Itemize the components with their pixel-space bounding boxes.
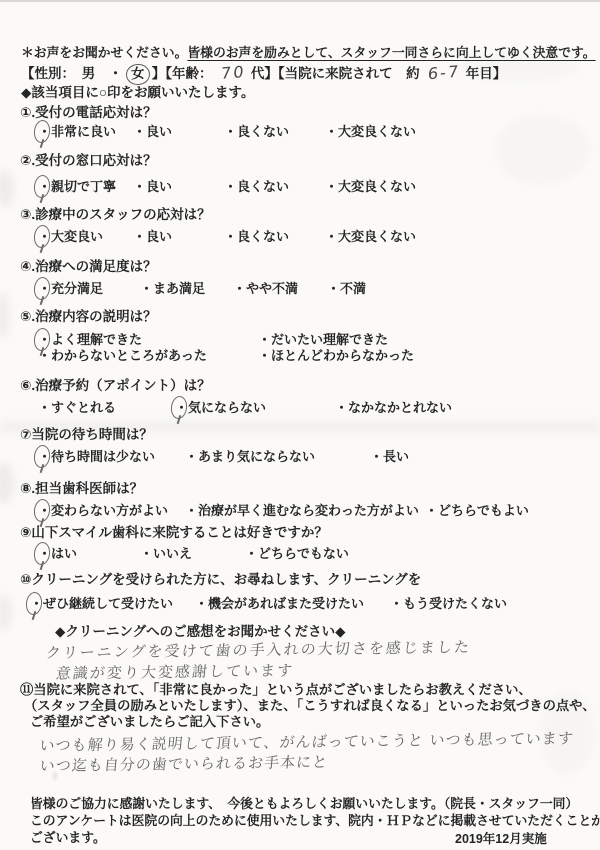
option-bullet: ・ — [245, 546, 258, 562]
option-item: ・良くない — [224, 124, 325, 140]
options-row: ・よく理解できた・だいたい理解できた — [38, 332, 592, 348]
question-title: ⑧.担当歯科医師は？ — [20, 480, 592, 498]
option-label: よく理解できた — [51, 332, 142, 347]
question-block: ⑧.担当歯科医師は？・変わらない方がよい・治療が早く進むなら変わった方がよい・ど… — [20, 480, 592, 519]
option-bullet: ・ — [335, 400, 348, 416]
option-bullet: ・ — [370, 449, 383, 465]
selected-option-circle-mark: ・ — [38, 449, 51, 465]
option-item: ・良くない — [224, 179, 325, 195]
option-item: ・大変良い — [38, 229, 133, 245]
option-label: 不満 — [340, 281, 366, 296]
question-title: ①.受付の電話応対は？ — [20, 104, 592, 122]
option-bullet: ・ — [133, 124, 146, 140]
question-block: ⑤.治療内容の説明は？・よく理解できた・だいたい理解できた・わからないところがあ… — [20, 308, 592, 364]
option-label: 待ち時間は少ない — [51, 449, 155, 464]
selected-option-circle-mark: ・ — [38, 281, 51, 297]
option-item: ・どちらでもない — [245, 546, 349, 562]
option-item: ・ぜひ継続して受けたい — [30, 596, 195, 612]
option-item: ・すぐとれる — [38, 400, 175, 416]
option-label: 充分満足 — [51, 281, 103, 296]
option-label: 良い — [146, 229, 172, 244]
handwritten-q11-comment-line2: いつ迄も自分の歯でいられるお手本にと — [39, 751, 329, 776]
option-label: 良い — [146, 124, 172, 139]
option-label: 非常に良い — [51, 124, 116, 139]
options-row: ・親切で丁寧・良い・良くない・大変良くない — [38, 179, 592, 195]
option-item: ・待ち時間は少ない — [38, 449, 185, 465]
question-block: ⑩クリーニングを受けられた方に、お尋ねします、クリーニングを・ぜひ継続して受けた… — [20, 571, 592, 612]
gender-close: 】【年齢： — [152, 66, 213, 81]
option-bullet: ・ — [185, 449, 198, 465]
options-row: ・待ち時間は少ない・あまり気にならない・長い — [38, 449, 592, 465]
option-bullet: ・ — [38, 400, 51, 416]
question-block: ⑨山下スマイル歯科に来院することは好きですか？・はい・いいえ・どちらでもない — [20, 524, 592, 562]
visit-suffix: 年目】 — [466, 66, 507, 81]
option-item: ・治療が早く進むなら変わった方がよい — [185, 503, 425, 519]
option-item: ・わからないところがあった — [38, 348, 258, 364]
option-bullet: ・ — [425, 503, 438, 519]
question-title: ②.受付の窓口応対は？ — [20, 152, 592, 170]
option-item: ・非常に良い — [38, 124, 133, 140]
selected-option-circle-mark: ・ — [38, 503, 51, 519]
question-block: ②.受付の窓口応対は？・親切で丁寧・良い・良くない・大変良くない — [20, 152, 592, 195]
option-label: 大変良い — [51, 229, 103, 244]
option-label: あまり気にならない — [198, 449, 315, 464]
option-item: ・どちらでもよい — [425, 503, 529, 519]
option-label: どちらでもない — [258, 546, 349, 561]
option-bullet: ・ — [325, 229, 338, 245]
options-row: ・はい・いいえ・どちらでもない — [38, 546, 592, 562]
option-label: 親切で丁寧 — [51, 179, 116, 194]
option-item: ・良い — [133, 179, 224, 195]
option-item: ・あまり気にならない — [185, 449, 370, 465]
selected-option-circle-mark: ・ — [38, 229, 51, 245]
question-title: ⑤.治療内容の説明は？ — [20, 308, 592, 326]
option-item: ・良くない — [224, 229, 325, 245]
option-bullet: ・ — [140, 281, 153, 297]
intro-prefix: ＊お声をお聞かせください。 — [21, 45, 187, 60]
option-label: どちらでもよい — [438, 503, 529, 518]
option-bullet: ・ — [233, 281, 246, 297]
survey-page: ＊お声をお聞かせください。皆様のお声を励みとして、スタッフ一同さらに向上してゆく… — [0, 0, 600, 850]
option-label: 変わらない方がよい — [51, 503, 168, 518]
option-label: ぜひ継続して受けたい — [43, 596, 173, 611]
option-bullet: ・ — [258, 348, 271, 364]
gender-selected-circle: 女 — [126, 63, 151, 85]
options-row: ・ぜひ継続して受けたい・機会があればまた受けたい・もう受けたくない — [30, 596, 592, 612]
option-label: 良い — [146, 179, 172, 194]
question-title: ⑩クリーニングを受けられた方に、お尋ねします、クリーニングを — [20, 571, 592, 589]
survey-date: 2019年12月実施 — [455, 829, 547, 847]
profile-line: 【性別： 男 ・女】【年齢：70代】【当院に来院されて 約6-7年目】 — [21, 64, 508, 85]
selected-option-circle-mark: ・ — [38, 546, 51, 562]
option-label: 大変良くない — [338, 179, 416, 194]
option-label: 大変良くない — [338, 229, 416, 244]
option-item: ・長い — [370, 449, 409, 465]
options-row: ・充分満足・まあ満足・やや不満・不満 — [38, 281, 592, 297]
scan-artifact — [0, 595, 12, 631]
question-block: ⑥.治療予約（アポイント）は？・すぐとれる・気にならない・なかなかとれない — [20, 377, 592, 416]
option-label: はい — [51, 546, 77, 561]
question-title: ⑥.治療予約（アポイント）は？ — [20, 377, 592, 395]
intro-line: ＊お声をお聞かせください。皆様のお声を励みとして、スタッフ一同さらに向上してゆく… — [21, 44, 596, 62]
option-item: ・いいえ — [140, 546, 245, 562]
scan-artifact — [0, 170, 14, 208]
q11-line3: ご希望がございましたらご記入下さい。 — [30, 713, 269, 731]
option-label: まあ満足 — [153, 281, 205, 296]
option-bullet: ・ — [224, 179, 237, 195]
option-bullet: ・ — [325, 124, 338, 140]
option-bullet: ・ — [185, 503, 198, 519]
option-item: ・まあ満足 — [140, 281, 233, 297]
option-item: ・充分満足 — [38, 281, 140, 297]
option-bullet: ・ — [258, 332, 271, 348]
question-title: ③.診療中のスタッフの応対は？ — [20, 206, 592, 224]
options-row: ・変わらない方がよい・治療が早く進むなら変わった方がよい・どちらでもよい — [38, 503, 592, 519]
option-label: 大変良くない — [338, 124, 416, 139]
option-bullet: ・ — [38, 348, 51, 364]
selected-option-circle-mark: ・ — [30, 596, 43, 612]
option-bullet: ・ — [140, 546, 153, 562]
option-item: ・やや不満 — [233, 281, 327, 297]
option-item: ・大変良くない — [325, 124, 416, 140]
option-item: ・なかなかとれない — [335, 400, 452, 416]
handwritten-visit-years: 6-7 — [427, 63, 461, 84]
option-item: ・良い — [133, 229, 224, 245]
handwritten-age-value: 70 — [220, 63, 246, 83]
age-suffix: 代】【当院に来院されて 約 — [251, 66, 420, 81]
selected-option-circle-mark: ・ — [175, 400, 188, 416]
question-block: ⑦当院の待ち時間は？・待ち時間は少ない・あまり気にならない・長い — [20, 426, 592, 465]
option-label: やや不満 — [246, 281, 298, 296]
option-label: すぐとれる — [51, 400, 116, 415]
option-item: ・気にならない — [175, 400, 335, 416]
selected-option-circle-mark: ・ — [38, 124, 51, 140]
option-label: 治療が早く進むなら変わった方がよい — [198, 503, 419, 518]
option-label: いいえ — [153, 546, 192, 561]
option-item: ・もう受けたくない — [390, 596, 507, 612]
options-row: ・すぐとれる・気にならない・なかなかとれない — [38, 400, 592, 416]
option-item: ・不満 — [327, 281, 366, 297]
option-bullet: ・ — [133, 179, 146, 195]
scan-edge-artifact — [0, 0, 600, 2]
option-item: ・変わらない方がよい — [38, 503, 185, 519]
cleaning-feedback-title: ◆クリーニングへのご感想をお聞かせください◆ — [55, 620, 346, 640]
options-row: ・わからないところがあった・ほとんどわからなかった — [38, 348, 592, 364]
question-block: ③.診療中のスタッフの応対は？・大変良い・良い・良くない・大変良くない — [20, 206, 592, 245]
option-label: 気にならない — [188, 400, 266, 415]
question-title: ⑦当院の待ち時間は？ — [20, 426, 592, 444]
options-row: ・非常に良い・良い・良くない・大変良くない — [38, 124, 592, 140]
option-label: 良くない — [237, 124, 289, 139]
option-bullet: ・ — [325, 179, 338, 195]
option-label: ほとんどわからなかった — [271, 348, 414, 363]
handwritten-cleaning-comment-line2: 意識が変り大変感謝しています — [55, 659, 295, 683]
options-row: ・大変良い・良い・良くない・大変良くない — [38, 229, 592, 245]
footer-usage-line: このアンケートは医院の向上のために使用いたします、院内・ＨＰなどに掲載させていた… — [30, 812, 600, 829]
instruction-line: ◆該当項目に○印をお願いいたします。 — [21, 84, 254, 102]
option-item: ・親切で丁寧 — [38, 179, 133, 195]
option-item: ・機会があればまた受けたい — [195, 596, 390, 612]
option-label: 長い — [383, 449, 409, 464]
option-item: ・はい — [38, 546, 140, 562]
option-label: 良くない — [237, 229, 289, 244]
option-label: だいたい理解できた — [271, 332, 388, 347]
option-item: ・大変良くない — [325, 179, 416, 195]
option-bullet: ・ — [224, 229, 237, 245]
option-bullet: ・ — [390, 596, 403, 612]
selected-option-circle-mark: ・ — [38, 332, 51, 348]
option-item: ・だいたい理解できた — [258, 332, 388, 348]
option-label: なかなかとれない — [348, 400, 452, 415]
question-block: ④.治療への満足度は？・充分満足・まあ満足・やや不満・不満 — [20, 258, 592, 297]
option-item: ・良い — [133, 124, 224, 140]
option-item: ・大変良くない — [325, 229, 416, 245]
footer-thanks-line: 皆様のご協力に感謝いたします、 今後ともよろしくお願いいたします。（院長・スタッ… — [30, 795, 578, 812]
option-bullet: ・ — [133, 229, 146, 245]
option-item: ・ほとんどわからなかった — [258, 348, 414, 364]
option-bullet: ・ — [224, 124, 237, 140]
option-bullet: ・ — [327, 281, 340, 297]
option-item: ・よく理解できた — [38, 332, 258, 348]
question-title: ④.治療への満足度は？ — [20, 258, 592, 276]
option-label: もう受けたくない — [403, 596, 507, 611]
question-title: ⑨山下スマイル歯科に来院することは好きですか？ — [20, 524, 592, 542]
scan-artifact — [0, 462, 14, 504]
scan-artifact — [0, 292, 10, 338]
option-label: 良くない — [237, 179, 289, 194]
question-block: ①.受付の電話応対は？・非常に良い・良い・良くない・大変良くない — [20, 104, 592, 140]
gender-label: 【性別： 男 ・ — [21, 66, 122, 81]
intro-underlined: 皆様のお声を励みとして、スタッフ一同さらに向上してゆく決意です。 — [187, 45, 595, 60]
option-label: 機会があればまた受けたい — [208, 596, 364, 611]
footer-usage-line-cont: ございます。 — [30, 829, 106, 846]
selected-option-circle-mark: ・ — [38, 179, 51, 195]
option-bullet: ・ — [195, 596, 208, 612]
option-label: わからないところがあった — [51, 348, 207, 363]
